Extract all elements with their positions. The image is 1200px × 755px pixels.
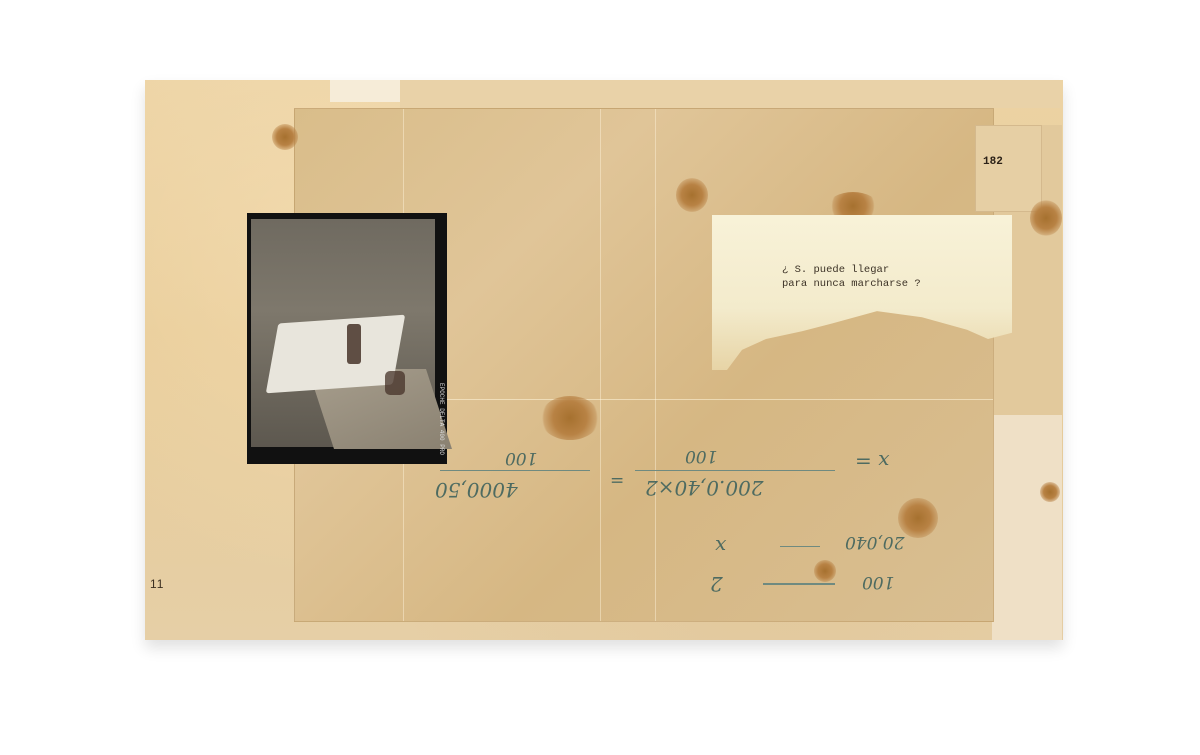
coffee-stain xyxy=(1030,200,1062,236)
hw-row3-right: 100 xyxy=(862,572,894,592)
hw-left-numerator: 100 xyxy=(505,448,537,468)
hw-left-denominator: 4000,50 xyxy=(435,478,518,502)
photograph: EPOCHE DELTA 400 PRO xyxy=(247,213,447,464)
typed-line-2: para nunca marcharse ? xyxy=(782,277,921,291)
paper-panel-right-bottom xyxy=(992,415,1062,640)
hw-mid-denominator: 200.0,40×2 xyxy=(645,476,764,500)
coffee-stain xyxy=(814,560,836,582)
paper-scrap-white xyxy=(330,80,405,102)
coffee-stain xyxy=(676,178,708,212)
coffee-stain xyxy=(1040,482,1060,502)
coffee-stain xyxy=(272,124,298,150)
hw-equals: = xyxy=(610,470,624,490)
typed-note-text: ¿ S. puede llegarpara nunca marcharse ? xyxy=(782,263,921,291)
coffee-stain xyxy=(540,396,600,440)
bottle xyxy=(347,324,361,364)
fold-line xyxy=(600,109,601,621)
page-number-182: 182 xyxy=(983,156,1003,168)
typed-line-1: ¿ S. puede llegar xyxy=(782,263,921,277)
fraction-bar xyxy=(635,470,835,471)
photo-image xyxy=(251,219,435,447)
paper-strip-top xyxy=(400,80,1060,108)
dash xyxy=(763,583,835,585)
hw-right-x: x = xyxy=(855,450,889,474)
hw-row2-right: 20,040 xyxy=(845,532,904,552)
film-edge-text: EPOCHE DELTA 400 PRO xyxy=(438,383,445,455)
hw-row3-left: 2 xyxy=(710,572,723,596)
fold-line xyxy=(655,109,656,621)
jar xyxy=(385,371,405,395)
hw-mid-numerator: 100 xyxy=(685,446,717,466)
dash xyxy=(780,546,820,547)
page-number-tab: 182 xyxy=(975,125,1042,212)
hw-row2-left: x xyxy=(715,535,726,559)
fraction-bar xyxy=(440,470,590,471)
page-number: 11 xyxy=(150,577,164,591)
